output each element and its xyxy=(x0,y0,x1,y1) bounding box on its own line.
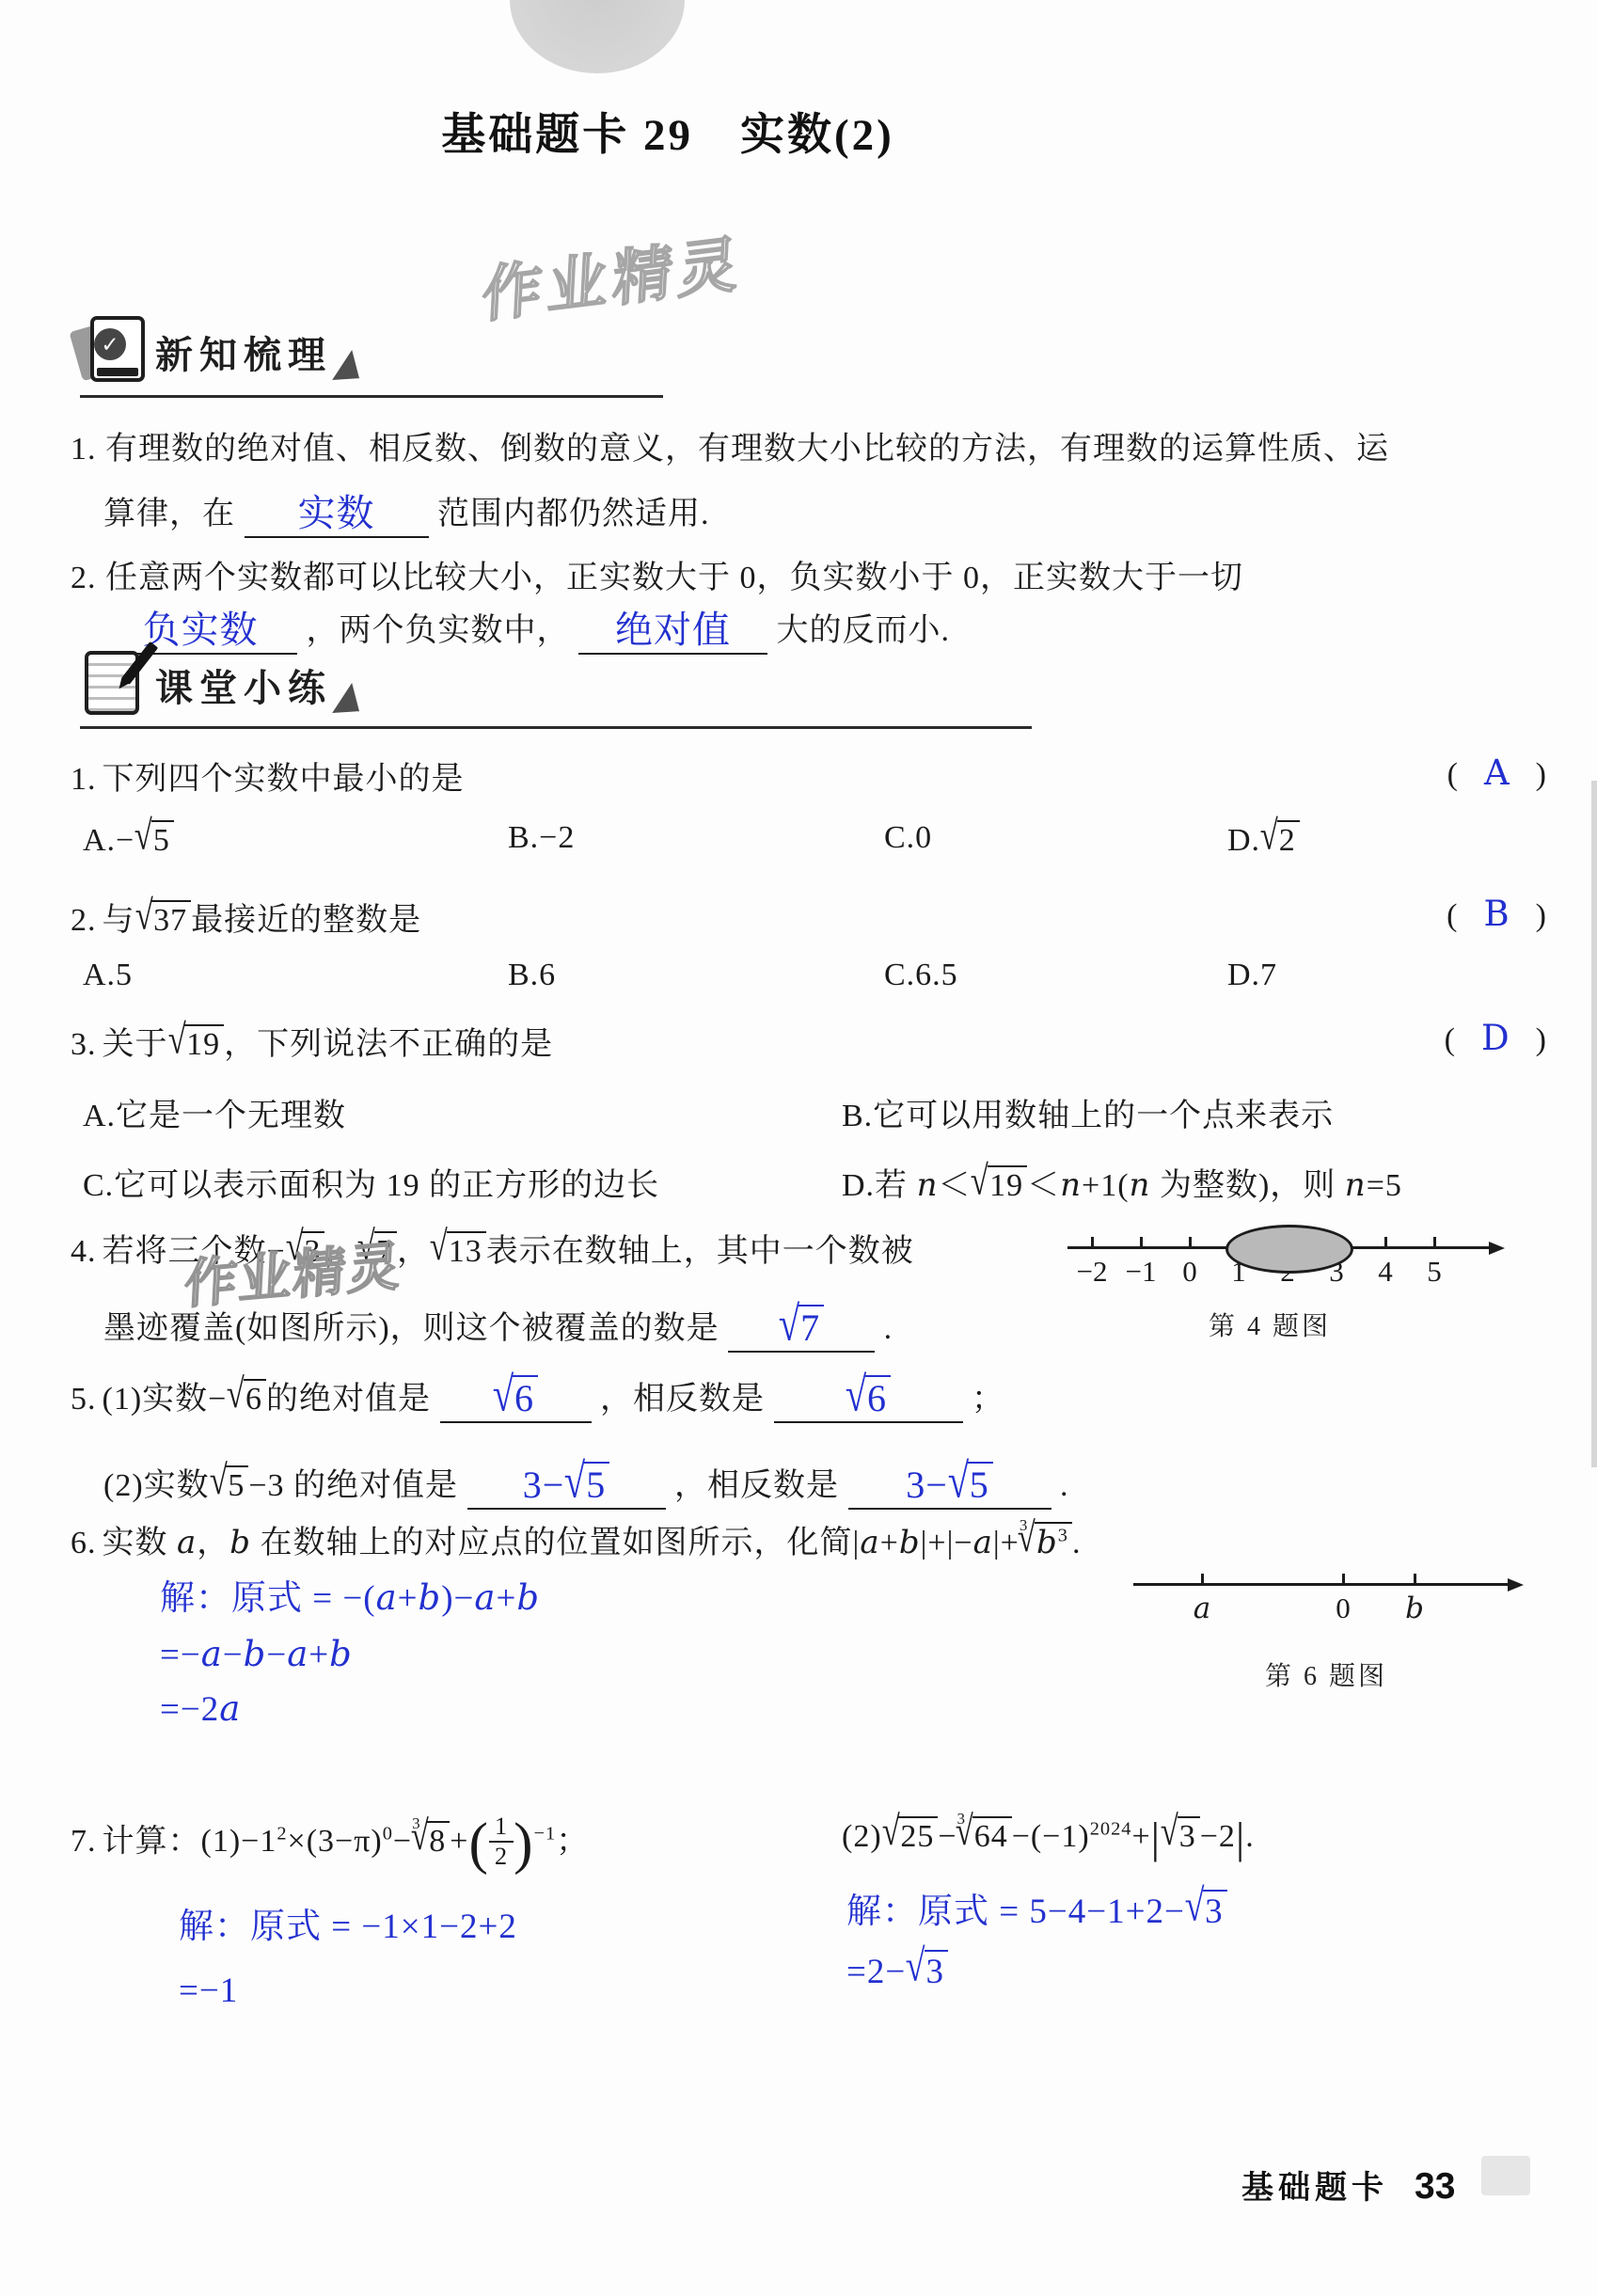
q7-part-2-solution-line-2: =2−√3 xyxy=(846,1949,948,1996)
page-number: 33 xyxy=(1415,2166,1455,2207)
q7-part-1-solution-line-2: =−1 xyxy=(179,1968,238,2015)
handwritten-answer: 绝对值 xyxy=(615,611,731,649)
notes-check-icon: ✓ xyxy=(83,316,145,384)
handwritten-answer: √6 xyxy=(846,1375,891,1420)
handwritten-answer-letter: D xyxy=(1456,1018,1536,1058)
figure-caption: 第 4 题图 xyxy=(1209,1306,1331,1343)
option-b: B.6 xyxy=(508,958,556,993)
question-number: 2. xyxy=(71,903,97,938)
question-text-mid: ，相反数是 xyxy=(674,1468,839,1503)
q6-solution-line-2: =−a−b−a+b xyxy=(160,1631,353,1679)
answer-blank: √7 xyxy=(728,1303,875,1353)
answer-blank: 3−√5 xyxy=(467,1460,666,1510)
option-b: B.−2 xyxy=(508,820,575,856)
question-text-mid: ，相反数是 xyxy=(600,1382,765,1417)
question-intro: 计算： xyxy=(103,1824,201,1859)
figure-caption: 第 6 题图 xyxy=(1265,1655,1387,1693)
option-d: D.7 xyxy=(1227,958,1277,993)
axis-arrowhead-icon xyxy=(1508,1578,1524,1591)
question-number: 5. xyxy=(71,1382,97,1417)
page-edge-shadow xyxy=(1591,781,1597,1467)
question-expression: (1)−12×(3−π)0−3√8+(12)−1； xyxy=(201,1824,590,1859)
handwritten-answer: 负实数 xyxy=(143,611,259,649)
review-item-1-line-1: 1. 有理数的绝对值、相反数、倒数的意义，有理数大小比较的方法，有理数的运算性质… xyxy=(71,428,1389,471)
option-d: D.若 n＜√19＜n+1(n 为整数)，则 n=5 xyxy=(842,1159,1402,1205)
answer-bracket: (B) xyxy=(1447,894,1547,934)
handwritten-answer-letter: B xyxy=(1458,894,1535,934)
handwritten-answer: √6 xyxy=(493,1375,538,1420)
question-1: 1.下列四个实数中最小的是 (A) xyxy=(71,752,1547,799)
tick-mark xyxy=(1384,1237,1387,1248)
review-item-2-mid: ，两个负实数中， xyxy=(307,613,570,648)
tick-label: a xyxy=(1172,1591,1232,1625)
question-text: 下列四个实数中最小的是 xyxy=(103,762,465,797)
question-text: (1)实数−√6的绝对值是 xyxy=(103,1382,432,1417)
handwritten-answer: 实数 xyxy=(298,495,375,532)
option-c: C.它可以表示面积为 19 的正方形的边长 xyxy=(83,1159,659,1205)
axis-arrowhead-icon xyxy=(1489,1242,1505,1255)
q7-part-2-solution-line-1: 解：原式 = 5−4−1+2−√3 xyxy=(846,1889,1227,1936)
question-5-part-1: 5.(1)实数−√6的绝对值是 √6 ，相反数是 √6 ； xyxy=(71,1373,1004,1423)
option-c: C.6.5 xyxy=(884,958,958,993)
notepad-pen-icon xyxy=(83,647,145,715)
triangle-ornament-icon xyxy=(331,350,359,380)
question-text: 与√37最接近的整数是 xyxy=(103,903,422,938)
option-d: D.√2 xyxy=(1227,820,1300,859)
question-text-post: ； xyxy=(972,1382,1004,1417)
question-6: 6.实数 a，b 在数轴上的对应点的位置如图所示，化简|a+b|+|−a|+3√… xyxy=(71,1522,1081,1565)
tick-mark xyxy=(1189,1237,1192,1248)
question-number: 6. xyxy=(71,1526,97,1560)
tick-mark xyxy=(1140,1237,1143,1248)
question-number: 3. xyxy=(71,1027,97,1062)
section-underline xyxy=(80,726,1032,729)
tick-label: 5 xyxy=(1404,1255,1464,1289)
option-c: C.0 xyxy=(884,820,932,856)
q6-solution-line-1: 解：原式 = −(a+b)−a+b xyxy=(160,1575,540,1623)
option-a: A.5 xyxy=(83,958,133,993)
section-title-practice: 课堂小练 xyxy=(155,658,332,712)
notepad-icon xyxy=(85,651,139,715)
question-number: 1. xyxy=(71,762,97,797)
section-underline xyxy=(80,395,663,398)
question-text-post: . xyxy=(1060,1468,1069,1503)
handwritten-answer: 3−√5 xyxy=(906,1462,993,1507)
question-number: 4. xyxy=(71,1234,97,1269)
page-title: 基础题卡 29 实数(2) xyxy=(71,100,1265,163)
review-item-2-line-1: 2. 任意两个实数都可以比较大小，正实数大于 0，负实数小于 0，正实数大于一切 xyxy=(71,557,1243,600)
tick-label: b xyxy=(1384,1591,1445,1625)
question-7-part-2: (2)√25−3√64−(−1)2024+|√3−2|. xyxy=(842,1815,1255,1859)
q7-part-1-solution-line-1: 解：原式 = −1×1−2+2 xyxy=(179,1904,517,1951)
tick-label: 0 xyxy=(1313,1591,1373,1625)
question-text: 关于√19，下列说法不正确的是 xyxy=(103,1027,554,1062)
scan-blob-artifact xyxy=(510,0,685,73)
question-text: (2)实数√5−3 的绝对值是 xyxy=(103,1468,458,1503)
handwritten-answer-letter: A xyxy=(1459,752,1536,793)
tick-mark xyxy=(1201,1574,1204,1585)
footer: 基础题卡33 xyxy=(1241,2161,1455,2208)
tick-mark xyxy=(1091,1237,1094,1248)
answer-bracket: (D) xyxy=(1445,1018,1547,1058)
question-text-post: . xyxy=(884,1311,893,1346)
option-b: B.它可以用数轴上的一个点来表示 xyxy=(842,1089,1334,1135)
section-title-review: 新知梳理 xyxy=(155,325,332,379)
question-7-part-1: 7.计算：(1)−12×(3−π)0−3√8+(12)−1； xyxy=(71,1815,589,1873)
tick-mark xyxy=(1433,1237,1436,1248)
worksheet-page: 基础题卡 29 实数(2) 作业精灵 作业精灵 ✓ 新知梳理 1. 有理数的绝对… xyxy=(0,0,1597,2296)
answer-blank: 实数 xyxy=(245,493,429,538)
question-3: 3.关于√19，下列说法不正确的是 (D) xyxy=(71,1018,1547,1064)
tick-mark xyxy=(1342,1574,1345,1585)
question-2: 2.与√37最接近的整数是 (B) xyxy=(71,894,1547,940)
q6-number-line-figure: a 0 b 第 6 题图 xyxy=(1133,1569,1538,1691)
option-a: A.它是一个无理数 xyxy=(83,1089,346,1135)
question-text: 实数 a，b 在数轴上的对应点的位置如图所示，化简|a+b|+|−a|+3√b3… xyxy=(103,1526,1082,1560)
ink-blot xyxy=(1225,1225,1353,1274)
answer-blank: √6 xyxy=(774,1373,963,1423)
number-line-axis xyxy=(1133,1583,1508,1586)
q4-number-line-figure: −2 −1 0 1 2 3 4 5 第 4 题图 xyxy=(1067,1215,1510,1338)
checkmark-icon: ✓ xyxy=(94,328,126,360)
watermark: 作业精灵 xyxy=(481,214,747,334)
answer-bracket: (A) xyxy=(1447,752,1547,793)
tick-mark xyxy=(1414,1574,1416,1585)
review-item-1-line-2: 算律，在 实数 范围内都仍然适用. xyxy=(103,493,710,538)
option-a: A.−√5 xyxy=(83,820,174,859)
triangle-ornament-icon xyxy=(331,683,359,713)
handwritten-answer: √7 xyxy=(779,1305,824,1350)
answer-blank: 绝对值 xyxy=(578,610,767,655)
review-item-2-line-2: 负实数 ，两个负实数中， 绝对值 大的反而小. xyxy=(103,610,950,655)
review-item-2-post: 大的反而小. xyxy=(777,613,951,648)
question-5-part-2: (2)实数√5−3 的绝对值是 3−√5 ，相反数是 3−√5 . xyxy=(103,1460,1069,1510)
q6-solution-line-3: =−2a xyxy=(160,1686,241,1734)
answer-blank: 3−√5 xyxy=(848,1460,1051,1510)
review-item-1-pre: 算律，在 xyxy=(103,497,235,531)
question-number: 7. xyxy=(71,1824,97,1859)
review-item-1-post: 范围内都仍然适用. xyxy=(437,497,710,531)
answer-blank: √6 xyxy=(440,1373,592,1423)
handwritten-answer: 3−√5 xyxy=(523,1462,610,1507)
footer-label: 基础题卡 xyxy=(1241,2170,1388,2206)
scan-smudge-artifact xyxy=(1481,2156,1530,2195)
